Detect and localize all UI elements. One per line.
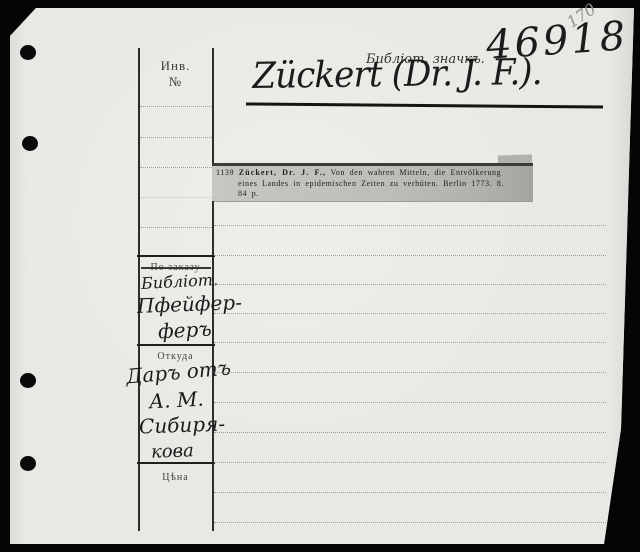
ruled-line <box>140 227 212 228</box>
author-title-handwritten: Zückert (Dr. J. F.). <box>252 52 542 97</box>
inventory-header-line2: № <box>138 74 213 90</box>
ruled-line <box>214 492 606 493</box>
ruled-line <box>140 167 212 168</box>
ruled-line <box>140 106 212 107</box>
ruled-line <box>214 342 606 343</box>
cell-separator <box>137 344 215 346</box>
cell-separator <box>137 255 215 257</box>
clipping-line2: eines Landes in epidemischen Zeiten zu v… <box>216 179 533 190</box>
column-left-rule <box>138 48 140 531</box>
origin-note-handwritten: кова <box>151 440 195 462</box>
column-right-rule <box>212 48 214 531</box>
clipping-author: Zückert, Dr. J. F., <box>239 168 326 177</box>
scanned-catalog-card: 170 46918 Библіот. значкъ. Zückert (Dr. … <box>0 0 640 552</box>
ruled-line <box>214 255 606 256</box>
order-label-strikethrough <box>141 267 211 269</box>
ruled-line <box>214 372 606 373</box>
inventory-header-line1: Инв. <box>138 58 213 74</box>
punch-hole <box>20 373 36 388</box>
clipping-line1: 1139 Zückert, Dr. J. F., Von den wahren … <box>216 168 533 179</box>
ruled-line <box>214 432 606 433</box>
origin-note-handwritten: Сибиря- <box>139 412 226 439</box>
ruled-line <box>140 197 212 198</box>
order-note-handwritten: феръ <box>157 317 212 344</box>
ruled-line <box>140 137 212 138</box>
ruled-line <box>214 522 606 523</box>
cell-separator <box>137 462 215 464</box>
clipping-entry-number: 1139 <box>216 168 234 177</box>
ruled-line <box>214 284 606 285</box>
ruled-line <box>214 313 606 314</box>
ruled-line <box>214 462 606 463</box>
price-label: Цѣна <box>138 472 213 483</box>
punch-hole <box>22 136 38 151</box>
punch-hole <box>20 456 36 471</box>
origin-note-handwritten: А. М. <box>148 387 204 414</box>
ruled-line <box>214 225 606 226</box>
punch-hole <box>20 45 36 60</box>
clipping-title-rest: Von den wahren Mitteln, die Entvölkerung <box>331 168 502 177</box>
printed-clipping: 1139 Zückert, Dr. J. F., Von den wahren … <box>212 163 533 201</box>
ruled-line <box>214 402 606 403</box>
order-note-handwritten: Библіот. <box>141 270 219 293</box>
clipping-line3: 84 p. <box>216 189 533 200</box>
